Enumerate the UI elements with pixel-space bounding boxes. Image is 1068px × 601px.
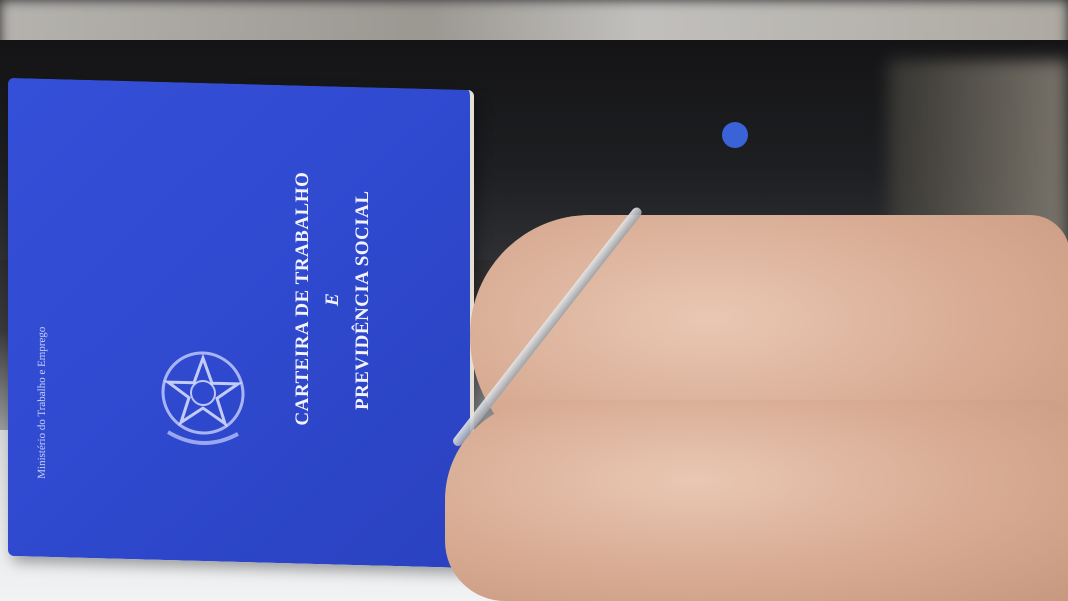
- lower-hand: [445, 400, 1068, 601]
- work-booklet: Ministério do Trabalho e Emprego CARTEIR…: [8, 78, 474, 568]
- ministry-text: Ministério do Trabalho e Emprego: [36, 326, 48, 478]
- title-line-3: PREVIDÊNCIA SOCIAL: [348, 173, 378, 428]
- title-line-1: CARTEIRA DE TRABALHO: [288, 171, 318, 426]
- pen-cap: [722, 122, 748, 148]
- brazil-coat-of-arms-icon: [148, 332, 258, 465]
- title-line-2: E: [318, 172, 348, 427]
- booklet-title: CARTEIRA DE TRABALHO E PREVIDÊNCIA SOCIA…: [288, 171, 378, 427]
